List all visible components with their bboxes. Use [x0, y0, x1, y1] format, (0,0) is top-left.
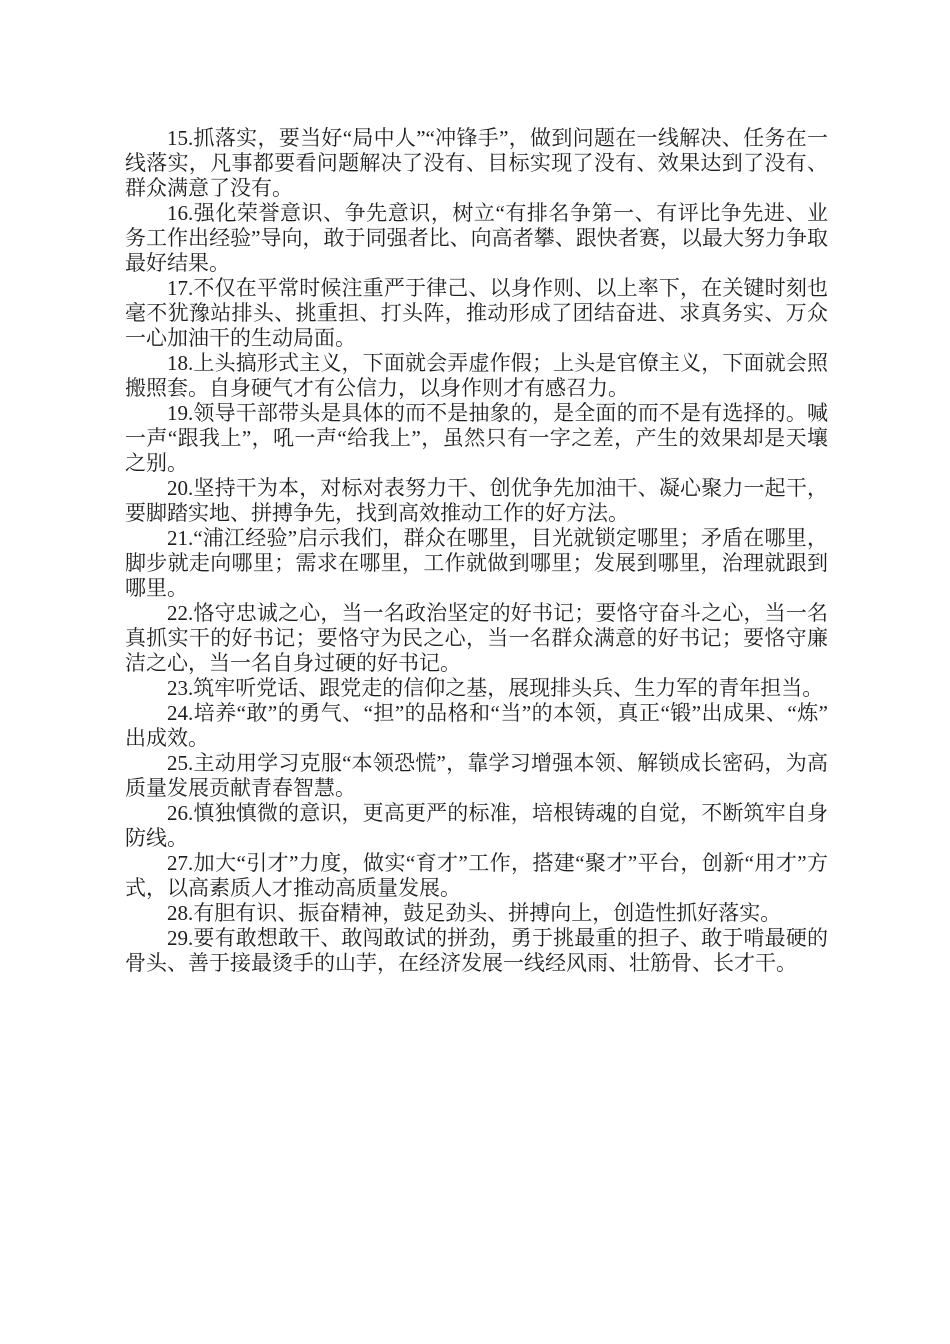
paragraph-16: 16.强化荣誉意识、争先意识，树立“有排名争第一、有评比争先进、业务工作出经验”… — [125, 201, 828, 276]
paragraph-29: 29.要有敢想敢干、敢闯敢试的拼劲，勇于挑最重的担子、敢于啃最硬的骨头、善于接最… — [125, 926, 828, 976]
paragraph-23: 23.筑牢听党话、跟党走的信仰之基，展现排头兵、生力军的青年担当。 — [125, 676, 828, 701]
document-text-block: 15.抓落实，要当好“局中人”“冲锋手”，做到问题在一线解决、任务在一线落实，凡… — [125, 126, 828, 976]
paragraph-18: 18.上头搞形式主义，下面就会弄虚作假；上头是官僚主义，下面就会照搬照套。自身硬… — [125, 351, 828, 401]
paragraph-22: 22.恪守忠诚之心，当一名政治坚定的好书记；要恪守奋斗之心，当一名真抓实干的好书… — [125, 601, 828, 676]
paragraph-21: 21.“浦江经验”启示我们，群众在哪里，目光就锁定哪里；矛盾在哪里，脚步就走向哪… — [125, 526, 828, 601]
paragraph-26: 26.慎独慎微的意识，更高更严的标准，培根铸魂的自觉，不断筑牢自身防线。 — [125, 801, 828, 851]
paragraph-15: 15.抓落实，要当好“局中人”“冲锋手”，做到问题在一线解决、任务在一线落实，凡… — [125, 126, 828, 201]
paragraph-28: 28.有胆有识、振奋精神，鼓足劲头、拼搏向上，创造性抓好落实。 — [125, 901, 828, 926]
paragraph-25: 25.主动用学习克服“本领恐慌”，靠学习增强本领、解锁成长密码，为高质量发展贡献… — [125, 751, 828, 801]
paragraph-27: 27.加大“引才”力度，做实“育才”工作，搭建“聚才”平台，创新“用才”方式，以… — [125, 851, 828, 901]
document-page: 15.抓落实，要当好“局中人”“冲锋手”，做到问题在一线解决、任务在一线落实，凡… — [0, 0, 950, 1344]
paragraph-19: 19.领导干部带头是具体的而不是抽象的，是全面的而不是有选择的。喊一声“跟我上”… — [125, 401, 828, 476]
paragraph-20: 20.坚持干为本，对标对表努力干、创优争先加油干、凝心聚力一起干，要脚踏实地、拼… — [125, 476, 828, 526]
paragraph-24: 24.培养“敢”的勇气、“担”的品格和“当”的本领，真正“锻”出成果、“炼”出成… — [125, 701, 828, 751]
paragraph-17: 17.不仅在平常时候注重严于律己、以身作则、以上率下，在关键时刻也毫不犹豫站排头… — [125, 276, 828, 351]
